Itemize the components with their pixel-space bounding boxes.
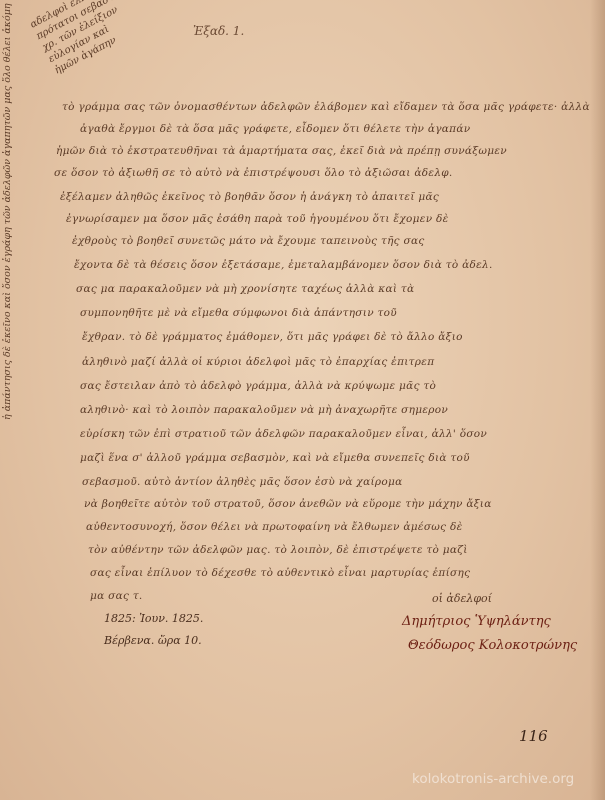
- body-line: συμπονηθῆτε μὲ νὰ εἴμεθα σύμφωνοι διὰ ἀπ…: [80, 307, 397, 319]
- place-line: Βέρβενα. ὥρα 10.: [104, 634, 202, 647]
- closing-salutation: οἱ ἀδελφοί: [432, 592, 492, 605]
- signature-kolokotronis: Θεόδωρος Κολοκοτρώνης: [408, 638, 577, 653]
- body-line: ἐγνωρίσαμεν μα ὅσον μᾶς ἐσάθη παρὰ τοῦ ἡ…: [66, 213, 449, 225]
- body-line: ἀγαθὰ ἔργμοι δὲ τὰ ὅσα μᾶς γράφετε, εἶδο…: [80, 123, 470, 135]
- top-margin-note: αδελφοὶ ἐλλαμ- πρότατοι σεβαστοὶ χρ. τῶν…: [28, 0, 191, 77]
- body-line: ἐξέλαμεν ἀληθῶς ἐκεῖνος τὸ βοηθᾶν ὅσον ἡ…: [60, 191, 439, 203]
- body-line: σας εἶναι ἐπίλυον τὸ δέχεσθε τὸ αὐθεντικ…: [90, 567, 470, 579]
- watermark: kolokotronis-archive.org: [412, 771, 574, 787]
- document-header: Ἐξαδ. 1.: [193, 24, 244, 38]
- left-margin-note: ἡ ἀπάντησις δὲ ἐκεῖνο καὶ ὅσον ἐγράφη τῶ…: [2, 0, 14, 420]
- body-line: σεβασμοῦ. αὐτὸ ἀντίον ἀληθὲς μᾶς ὅσον ἐσ…: [82, 476, 403, 488]
- body-line: ἔχοντα δὲ τὰ θέσεις ὅσον ἐξετάσαμε, ἐμετ…: [74, 259, 493, 271]
- paper-fold-shadow: [590, 0, 605, 800]
- signature-ypsilantis: Δημήτριος Ὑψηλάντης: [402, 614, 551, 629]
- date-line: 1825: Ἰουν. 1825.: [104, 612, 203, 625]
- body-line: ἐχθροὺς τὸ βοηθεῖ συνετῶς μάτο νὰ ἔχουμε…: [72, 235, 425, 247]
- body-line: τὸ γράμμα σας τῶν ὀνομασθέντων ἀδελφῶν ἐ…: [62, 101, 590, 113]
- body-line: ἡμῶν διὰ τὸ ἐκστρατευθῆναι τὰ ἁμαρτήματα…: [56, 145, 507, 157]
- body-line: νὰ βοηθεῖτε αὐτὸν τοῦ στρατοῦ, ὅσον ἀνεθ…: [84, 498, 492, 510]
- body-line: αληθινὸ· καὶ τὸ λοιπὸν παρακαλοῦμεν νὰ μ…: [80, 404, 448, 416]
- manuscript-page: Ἐξαδ. 1. αδελφοὶ ἐλλαμ- πρότατοι σεβαστο…: [0, 0, 605, 800]
- body-line: σε ὅσον τὸ ἀξιωθῆ σε τὸ αὐτὸ νὰ ἐπιστρέψ…: [54, 167, 453, 179]
- page-number: 116: [519, 727, 548, 745]
- body-line: τὸν αὐθέντην τῶν ἀδελφῶν μας. τὸ λοιπὸν,…: [88, 544, 468, 556]
- body-line: σας μα παρακαλοῦμεν νὰ μὴ χρονίσητε ταχέ…: [76, 283, 414, 295]
- body-line: ἀληθινὸ μαζί ἀλλὰ οἱ κύριοι ἀδελφοὶ μᾶς …: [82, 356, 434, 368]
- body-line: ἔχθραν. τὸ δὲ γράμματος ἐμάθομεν, ὅτι μᾶ…: [82, 331, 463, 343]
- body-line: σας ἔστειλαν ἀπὸ τὸ ἀδελφὸ γράμμα, ἀλλὰ …: [80, 380, 436, 392]
- body-line: μα σας τ.: [90, 590, 143, 602]
- body-line: αὐθεντοσυνοχή, ὅσον θέλει νὰ πρωτοφαίνη …: [86, 521, 463, 533]
- body-line: μαζὶ ἕνα σ' ἀλλοῦ γράμμα σεβασμὸν, καὶ ν…: [80, 452, 470, 464]
- body-line: εὑρίσκη τῶν ἐπὶ στρατιοῦ τῶν ἀδελφῶν παρ…: [80, 428, 487, 440]
